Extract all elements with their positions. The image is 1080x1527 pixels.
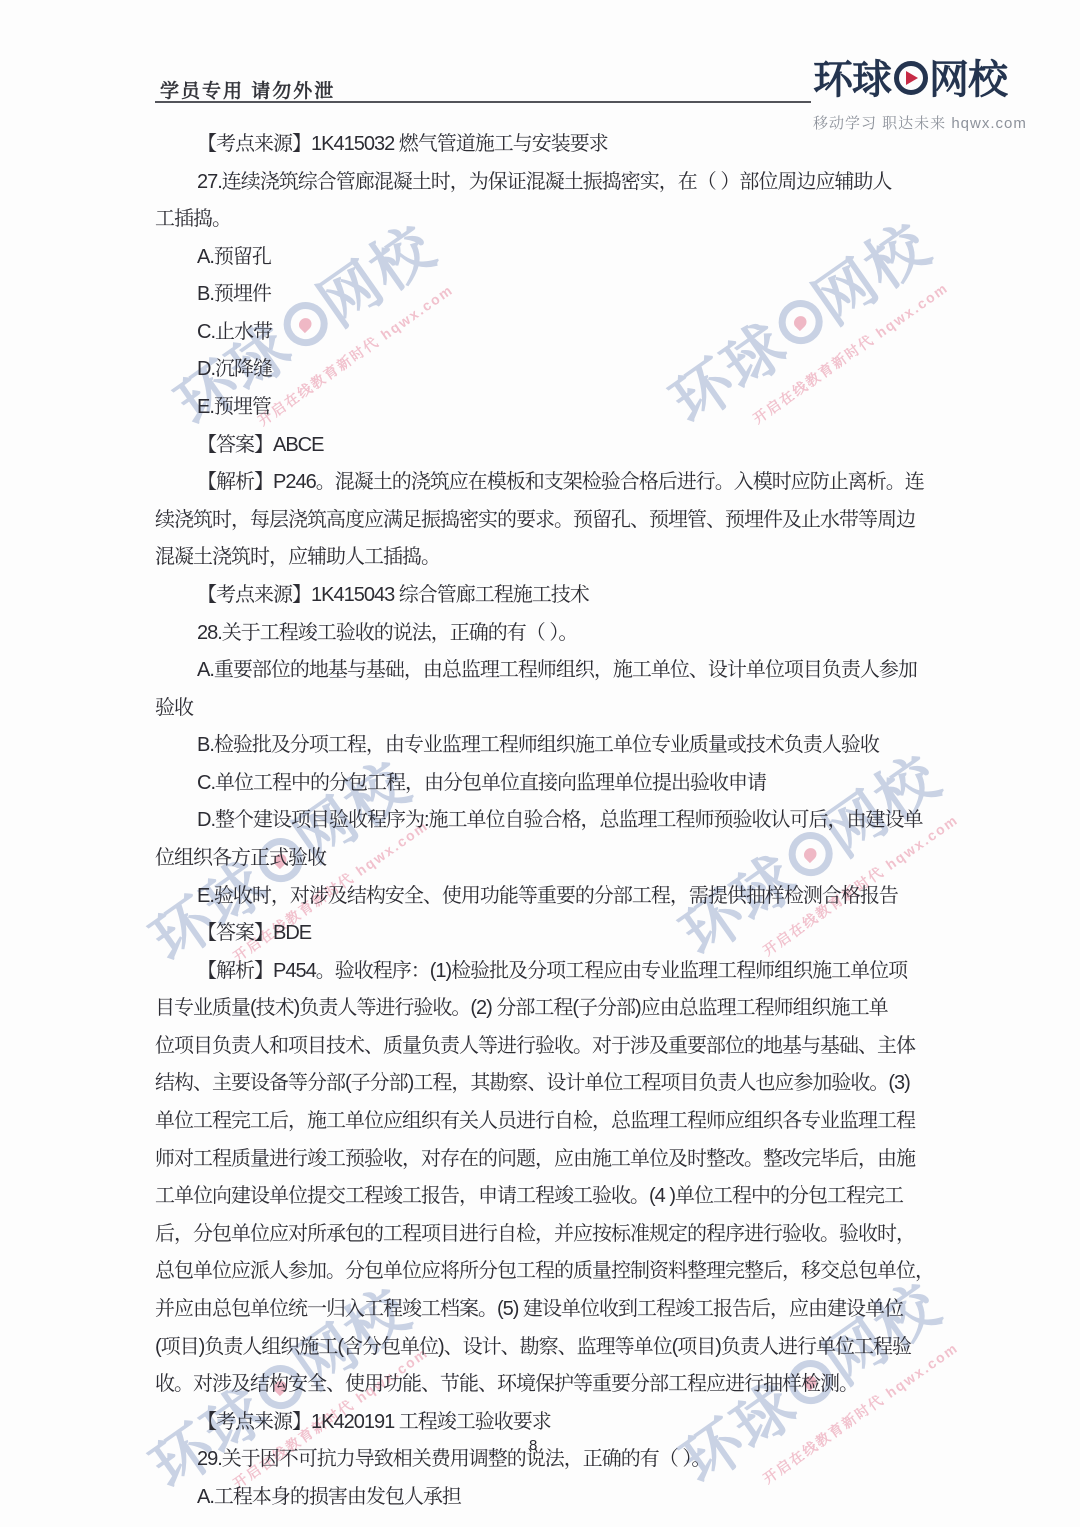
text-line: A.预留孔 bbox=[155, 239, 935, 277]
text-line: 工单位向建设单位提交工程竣工报告，申请工程竣工验收。(4 )单位工程中的分包工程… bbox=[155, 1178, 935, 1216]
page-number: 8 bbox=[529, 1437, 537, 1454]
text-line: 【解析】P246。混凝土的浇筑应在模板和支架检验合格后进行。入模时应防止离析。连 bbox=[155, 464, 935, 502]
brand-logo-text: 环球 网校 bbox=[813, 48, 1073, 105]
text-line: 工插捣。 bbox=[155, 201, 935, 239]
text-line: 单位工程完工后，施工单位应组织有关人员进行自检，总监理工程师应组织各专业监理工程 bbox=[155, 1103, 935, 1141]
brand-part1: 环球 bbox=[813, 48, 891, 105]
confidential-note: 学员专用 请勿外泄 bbox=[160, 76, 335, 103]
text-line: E.预埋管 bbox=[155, 389, 935, 427]
header-divider bbox=[155, 101, 811, 103]
text-line: 【考点来源】1K415043 综合管廊工程施工技术 bbox=[155, 577, 935, 615]
text-line: A.工程本身的损害由发包人承担 bbox=[155, 1479, 935, 1517]
text-line: A.重要部位的地基与基础，由总监理工程师组织，施工单位、设计单位项目负责人参加 bbox=[155, 652, 935, 690]
text-line: 收。对涉及结构安全、使用功能、节能、环境保护等重要分部工程应进行抽样检测。 bbox=[155, 1366, 935, 1404]
text-line: 后，分包单位应对所承包的工程项目进行自检，并应按标准规定的程序进行验收。验收时， bbox=[155, 1216, 935, 1254]
text-line: B.检验批及分项工程，由专业监理工程师组织施工单位专业质量或技术负责人验收 bbox=[155, 727, 935, 765]
text-line: (项目)负责人组织施工(含分包单位)、设计、勘察、监理等单位(项目)负责人进行单… bbox=[155, 1329, 935, 1367]
text-line: 师对工程质量进行竣工预验收，对存在的问题，应由施工单位及时整改。整改完毕后，由施 bbox=[155, 1141, 935, 1179]
text-line: 【答案】BDE bbox=[155, 915, 935, 953]
play-triangle-icon bbox=[906, 71, 918, 85]
text-line: 续浇筑时，每层浇筑高度应满足振捣密实的要求。预留孔、预埋管、预埋件及止水带等周边 bbox=[155, 502, 935, 540]
text-line: 【答案】ABCE bbox=[155, 427, 935, 465]
text-line: 混凝土浇筑时，应辅助人工插捣。 bbox=[155, 539, 935, 577]
text-line: 位组织各方正式验收 bbox=[155, 840, 935, 878]
brand-part2: 网校 bbox=[929, 48, 1007, 105]
text-line: 27.连续浇筑综合管廊混凝土时，为保证混凝土振捣密实，在（ ）部位周边应辅助人 bbox=[155, 164, 935, 202]
text-line: 结构、主要设备等分部(子分部)工程，其勘察、设计单位工程项目负责人也应参加验收。… bbox=[155, 1065, 935, 1103]
document-lines: 【考点来源】1K415032 燃气管道施工与安装要求27.连续浇筑综合管廊混凝土… bbox=[155, 126, 935, 1516]
text-line: 29.关于因不可抗力导致相关费用调整的说法，正确的有（ ）。 bbox=[155, 1441, 935, 1479]
play-ring-icon bbox=[894, 61, 928, 95]
text-line: B.预埋件 bbox=[155, 276, 935, 314]
text-line: 位项目负责人和项目技术、质量负责人等进行验收。对于涉及重要部位的地基与基础、主体 bbox=[155, 1028, 935, 1066]
text-line: C.单位工程中的分包工程，由分包单位直接向监理单位提出验收申请 bbox=[155, 765, 935, 803]
text-line: 总包单位应派人参加。分包单位应将所分包工程的质量控制资料整理完整后，移交总包单位… bbox=[155, 1253, 935, 1291]
text-line: 【解析】P454。验收程序：(1)检验批及分项工程应由专业监理工程师组织施工单位… bbox=[155, 953, 935, 991]
text-line: D.整个建设项目验收程序为:施工单位自验合格，总监理工程师预验收认可后，由建设单 bbox=[155, 802, 935, 840]
text-line: 并应由总包单位统一归入工程竣工档案。(5) 建设单位收到工程竣工报告后，应由建设… bbox=[155, 1291, 935, 1329]
brand-logo: 环球 网校 移动学习 职达未来 hqwx.com bbox=[813, 48, 1073, 133]
text-line: 【考点来源】1K415032 燃气管道施工与安装要求 bbox=[155, 126, 935, 164]
text-line: 28.关于工程竣工验收的说法，正确的有（ ）。 bbox=[155, 615, 935, 653]
text-line: 目专业质量(技术)负责人等进行验收。(2) 分部工程(子分部)应由总监理工程师组… bbox=[155, 990, 935, 1028]
text-line: E.验收时，对涉及结构安全、使用功能等重要的分部工程，需提供抽样检测合格报告 bbox=[155, 878, 935, 916]
text-line: 【考点来源】1K420191 工程竣工验收要求 bbox=[155, 1404, 935, 1442]
text-line: D.沉降缝 bbox=[155, 351, 935, 389]
text-line: 验收 bbox=[155, 690, 935, 728]
text-line: C.止水带 bbox=[155, 314, 935, 352]
